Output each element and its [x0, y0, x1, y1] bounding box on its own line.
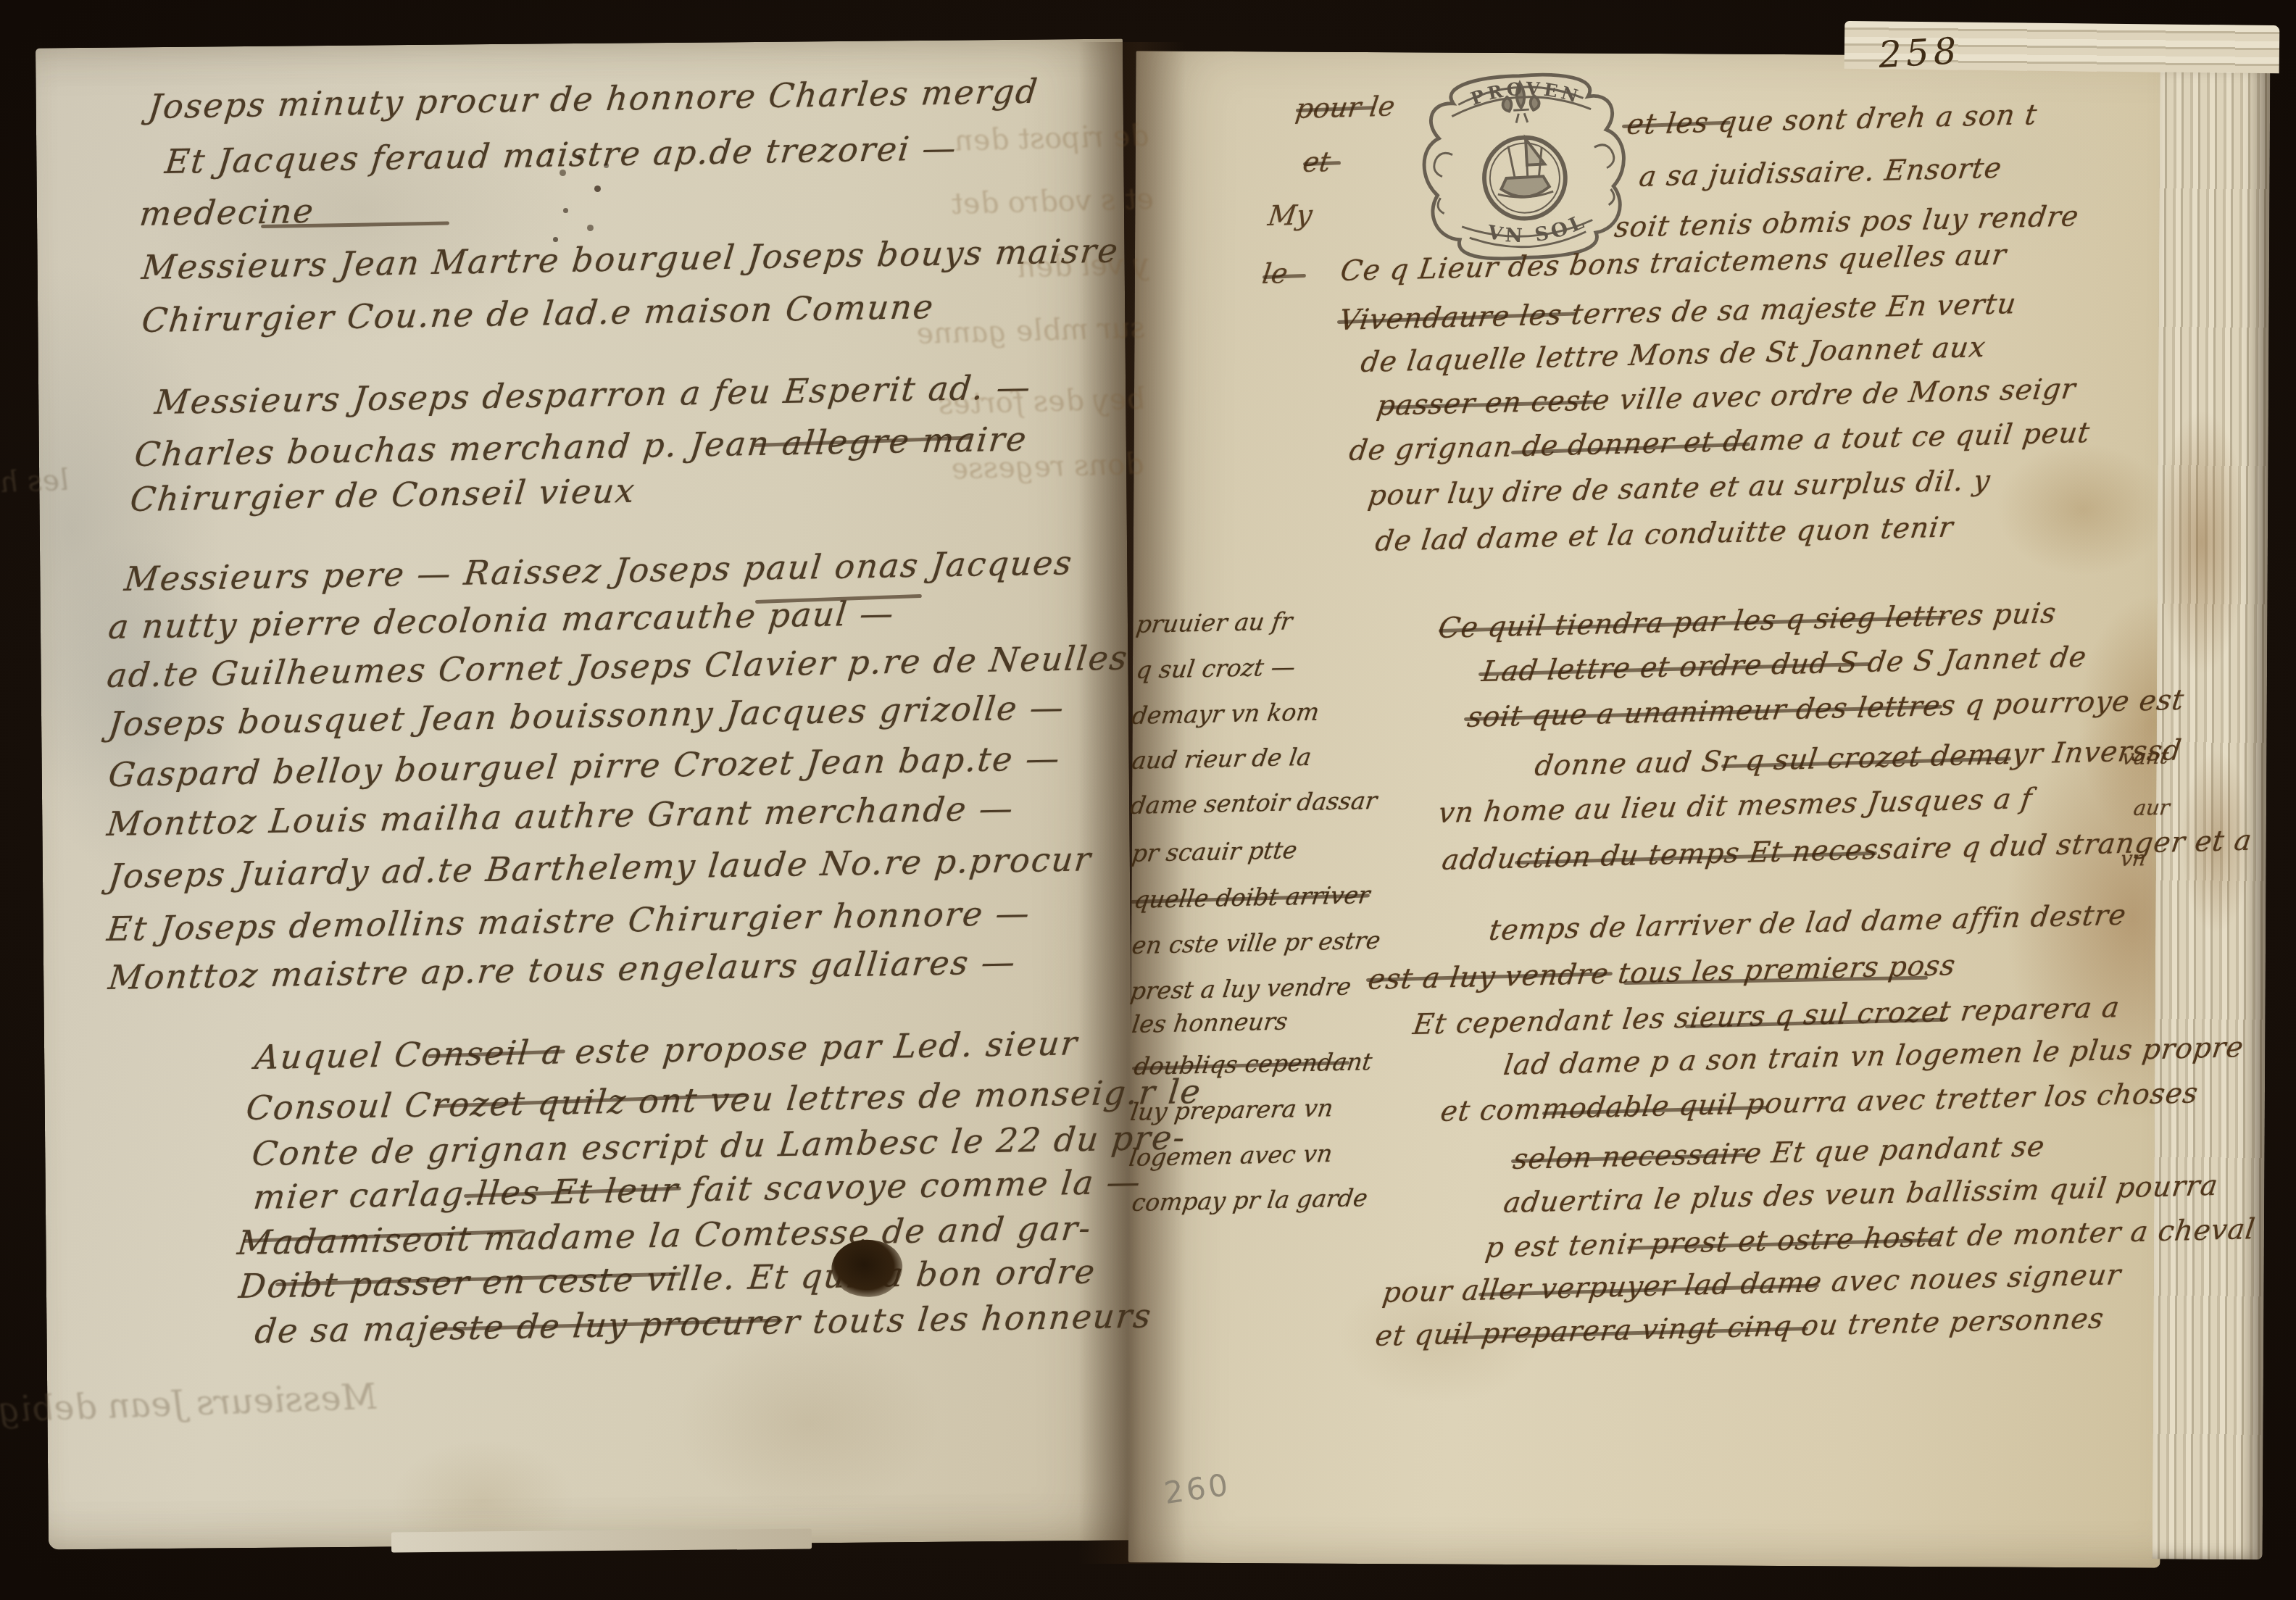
- margin-note: prest a luy vendre: [1128, 972, 1352, 1005]
- edge-note: aur: [2132, 795, 2171, 820]
- edge-note: vant: [2121, 743, 2171, 770]
- show-through-line: dons regesse: [949, 448, 1145, 486]
- provence-tax-stamp: PROVENCE VN SOLS: [1413, 59, 1636, 270]
- show-through-line: et s vodro det: [950, 183, 1156, 221]
- margin-note: luy preparera vn: [1128, 1093, 1335, 1126]
- page-number: 258: [1878, 30, 1962, 76]
- margin-note: pr scauir ptte: [1130, 836, 1299, 867]
- margin-note: dame sentoir dassar: [1128, 786, 1378, 820]
- ink-speckles: [548, 149, 552, 153]
- margin-note: les honneurs: [1130, 1007, 1289, 1038]
- left-page-deckle-edge: [391, 1528, 812, 1552]
- margin-note: pruuier au fr: [1134, 607, 1294, 638]
- margin-note: q sul crozt —: [1134, 652, 1297, 684]
- margin-note: compay pr la garde: [1130, 1183, 1369, 1217]
- show-through-line: bey des fortes: [936, 383, 1147, 422]
- margin-note: aud rieur de la: [1130, 743, 1313, 775]
- show-through-line: sur mble ganne: [915, 312, 1147, 351]
- edge-note: vn: [2119, 846, 2148, 871]
- struck-word: le: [1260, 257, 1289, 290]
- manuscript-book-photo: Joseps minuty procur de honnore Charles …: [0, 0, 2296, 1600]
- margin-note: en cste ville pr estre: [1130, 926, 1382, 959]
- margin-note: demayr vn kom: [1130, 698, 1320, 730]
- show-through-line: les heur de: [0, 464, 70, 503]
- margin-note: logemen avec vn: [1127, 1139, 1334, 1172]
- fore-edge-stack: [2152, 64, 2271, 1560]
- struck-word: My: [1266, 199, 1314, 232]
- show-through-line: y vel den: [1016, 248, 1152, 285]
- show-through-line: de ripost den: [953, 120, 1150, 158]
